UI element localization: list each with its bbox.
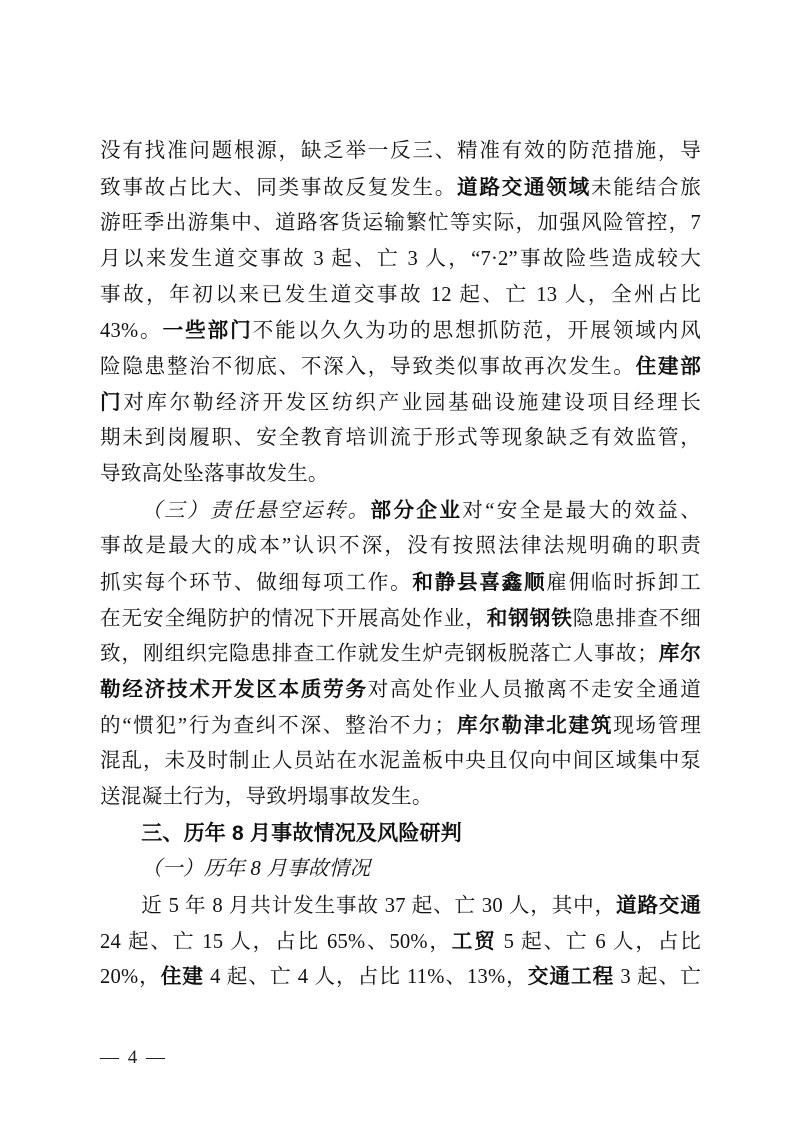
text-line: 43%。一些部门不能以久久为功的思想抓防范，开展领域内风 bbox=[100, 313, 701, 349]
text-segment: 未能结合旅 bbox=[591, 177, 701, 199]
text-segment: （一）历年 8 月事故情况 bbox=[141, 858, 370, 880]
text-segment: 43%。 bbox=[100, 320, 163, 342]
text-segment: 一些部门 bbox=[163, 319, 253, 342]
text-line: 没有找准问题根源，缺乏举一反三、精准有效的防范措施，导 bbox=[100, 134, 701, 170]
text-segment: 期未到岗履职、安全教育培训流于形式等现象缺乏有效监管， bbox=[100, 427, 701, 449]
text-segment: 道路交通 bbox=[616, 894, 701, 917]
text-segment: 混乱，未及时制止人员站在水泥盖板中央且仅向中间区域集中泵 bbox=[100, 750, 701, 772]
text-line: 送混凝土行为，导致坍塌事故发生。 bbox=[100, 780, 701, 816]
text-line: 险隐患整治不彻底、不深入，导致类似事故再次发生。住建部 bbox=[100, 349, 701, 385]
text-segment: 抓实每个环节、做细每项工作。 bbox=[100, 572, 412, 594]
text-line: 24 起、亡 15 人，占比 65%、50%，工贸 5 起、亡 6 人，占比 1… bbox=[100, 924, 701, 960]
text-line: 20%，住建 4 起、亡 4 人，占比 11%、13%，交通工程 3 起、亡 bbox=[100, 959, 701, 995]
text-segment: 游旺季出游集中、道路客货运输繁忙等实际，加强风险管控，7 bbox=[100, 212, 701, 234]
text-segment: 送混凝土行为，导致坍塌事故发生。 bbox=[100, 786, 433, 808]
text-segment: 24 起、亡 15 人，占比 65%、50%， bbox=[100, 931, 452, 953]
text-line: 混乱，未及时制止人员站在水泥盖板中央且仅向中间区域集中泵 bbox=[100, 744, 701, 780]
text-segment: 雇佣临时拆卸工 bbox=[546, 572, 701, 594]
text-segment: 三、历年 8 月事故情况及风险研判 bbox=[141, 822, 462, 845]
text-segment: 没有找准问题根源，缺乏举一反三、精准有效的防范措施，导 bbox=[100, 140, 701, 162]
text-segment: 月以来发生道交事故 3 起、亡 3 人，“7·2”事故险些造成较大 bbox=[100, 248, 701, 270]
section-heading: 三、历年 8 月事故情况及风险研判 bbox=[100, 816, 701, 852]
subsection-heading: （一）历年 8 月事故情况 bbox=[100, 852, 701, 888]
text-line: 期未到岗履职、安全教育培训流于形式等现象缺乏有效监管， bbox=[100, 421, 701, 457]
text-line: 勒经济技术开发区本质劳务对高处作业人员撤离不走安全通道 bbox=[100, 672, 701, 708]
document-page: 没有找准问题根源，缺乏举一反三、精准有效的防范措施，导致事故占比大、同类事故反复… bbox=[0, 0, 793, 1122]
text-segment: 4 起、亡 4 人，占比 11%、13%， bbox=[204, 966, 528, 988]
text-segment: 住建部 bbox=[636, 355, 701, 378]
text-segment: 不能以久久为功的思想抓防范，开展领域内风 bbox=[253, 320, 701, 342]
text-segment: 事故是最大的成本”认识不深，没有按照法律法规明确的职责 bbox=[100, 535, 701, 557]
text-segment: 的“惯犯”行为查纠不深、整治不力； bbox=[100, 715, 455, 737]
text-segment: 门 bbox=[100, 391, 123, 414]
text-segment: 致事故占比大、同类事故反复发生。 bbox=[100, 177, 457, 199]
text-segment: 和钢钢铁 bbox=[487, 607, 573, 630]
text-line: 近 5 年 8 月共计发生事故 37 起、亡 30 人，其中，道路交通 bbox=[100, 888, 701, 924]
text-segment: 道路交通领域 bbox=[457, 176, 591, 199]
document-body: 没有找准问题根源，缺乏举一反三、精准有效的防范措施，导致事故占比大、同类事故反复… bbox=[100, 134, 701, 995]
text-segment: 致，刚组织完隐患排查工作就发生炉壳钢板脱落亡人事故； bbox=[100, 643, 658, 665]
text-segment: 和静县喜鑫顺 bbox=[412, 571, 546, 594]
text-segment: （三）责任悬空运转。 bbox=[141, 500, 370, 522]
text-segment: 现场管理 bbox=[613, 715, 701, 737]
text-segment: 住建 bbox=[161, 965, 204, 988]
text-segment: 对“安全是最大的效益、 bbox=[462, 500, 701, 522]
text-line: 事故是最大的成本”认识不深，没有按照法律法规明确的职责 bbox=[100, 529, 701, 565]
text-segment: 部分企业 bbox=[371, 499, 463, 522]
text-line: 抓实每个环节、做细每项工作。和静县喜鑫顺雇佣临时拆卸工 bbox=[100, 565, 701, 601]
text-segment: 20%， bbox=[100, 966, 161, 988]
text-segment: 工贸 bbox=[452, 930, 497, 953]
text-segment: 险隐患整治不彻底、不深入，导致类似事故再次发生。 bbox=[100, 356, 636, 378]
text-segment: 在无安全绳防护的情况下开展高处作业， bbox=[100, 608, 487, 630]
text-line: 导致高处坠落事故发生。 bbox=[100, 457, 701, 493]
text-line: 致，刚组织完隐患排查工作就发生炉壳钢板脱落亡人事故；库尔 bbox=[100, 636, 701, 672]
text-line: 的“惯犯”行为查纠不深、整治不力；库尔勒津北建筑现场管理 bbox=[100, 708, 701, 744]
text-segment: 库尔 bbox=[658, 642, 701, 665]
text-segment: 近 5 年 8 月共计发生事故 37 起、亡 30 人，其中， bbox=[141, 895, 616, 917]
text-segment: 导致高处坠落事故发生。 bbox=[100, 463, 329, 485]
text-segment: 勒经济技术开发区本质劳务 bbox=[100, 678, 368, 701]
text-segment: 3 起、亡 bbox=[614, 966, 701, 988]
text-segment: 交通工程 bbox=[528, 965, 614, 988]
text-line: 在无安全绳防护的情况下开展高处作业，和钢钢铁隐患排查不细 bbox=[100, 601, 701, 637]
text-segment: 库尔勒津北建筑 bbox=[455, 714, 613, 737]
page-number: — 4 — bbox=[100, 1043, 167, 1073]
text-line: 门对库尔勒经济开发区纺织产业园基础设施建设项目经理长 bbox=[100, 385, 701, 421]
text-line: 月以来发生道交事故 3 起、亡 3 人，“7·2”事故险些造成较大 bbox=[100, 242, 701, 278]
text-line: （三）责任悬空运转。部分企业对“安全是最大的效益、 bbox=[100, 493, 701, 529]
text-segment: 隐患排查不细 bbox=[573, 608, 701, 630]
text-line: 致事故占比大、同类事故反复发生。道路交通领域未能结合旅 bbox=[100, 170, 701, 206]
text-line: 事故，年初以来已发生道交事故 12 起、亡 13 人，全州占比 40%、 bbox=[100, 278, 701, 314]
text-line: 游旺季出游集中、道路客货运输繁忙等实际，加强风险管控，7 bbox=[100, 206, 701, 242]
text-segment: 对高处作业人员撤离不走安全通道 bbox=[368, 679, 701, 701]
text-segment: 对库尔勒经济开发区纺织产业园基础设施建设项目经理长 bbox=[123, 392, 701, 414]
text-segment: 事故，年初以来已发生道交事故 12 起、亡 13 人，全州占比 40%、 bbox=[100, 284, 701, 314]
